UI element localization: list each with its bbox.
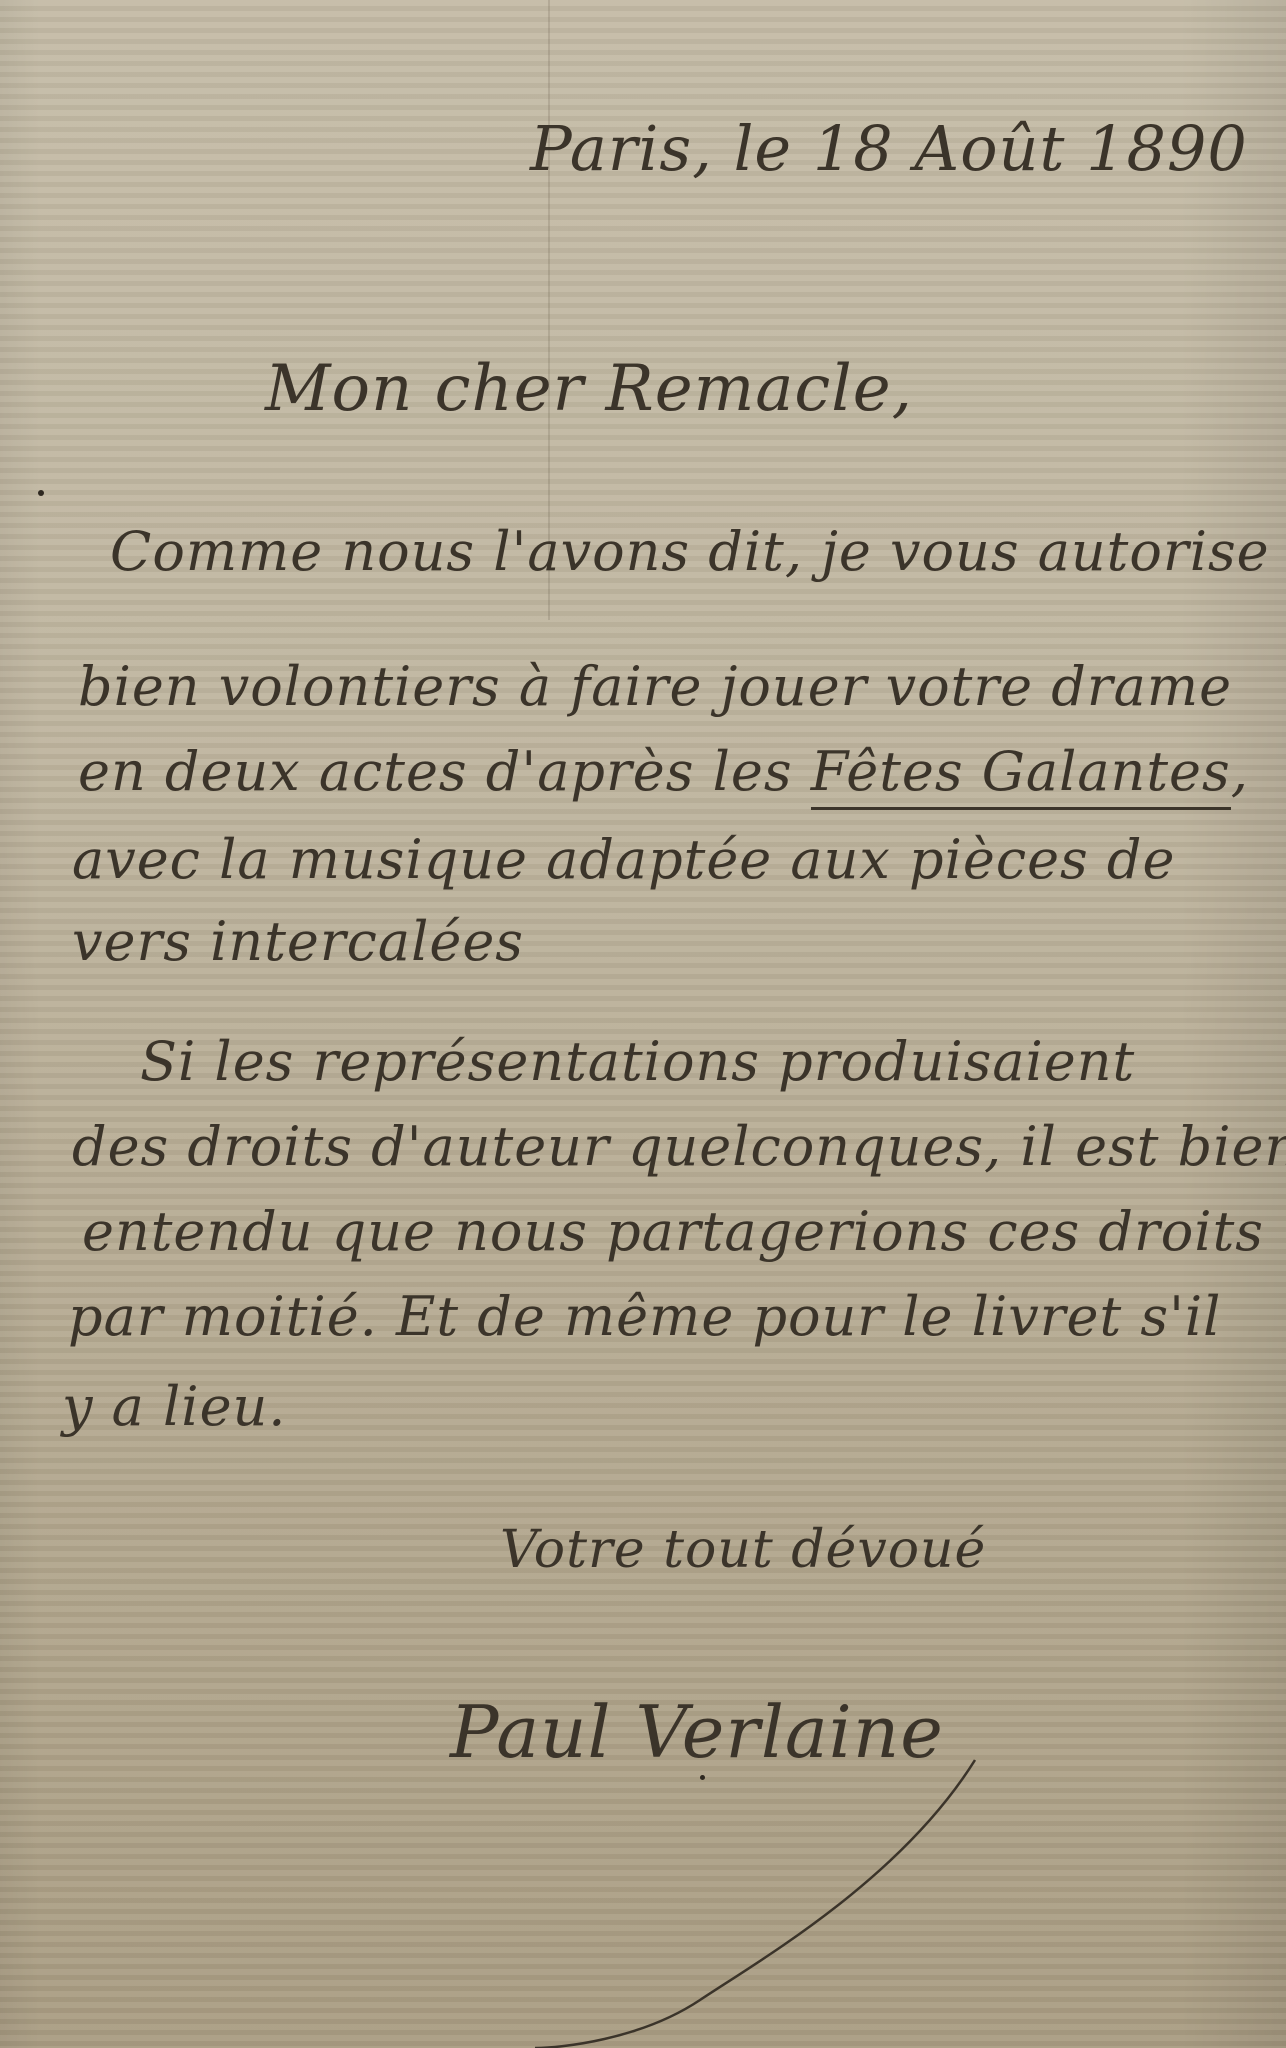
letter-paper: Paris, le 18 Août 1890 Mon cher Remacle,…: [0, 0, 1286, 2048]
ink-spot: [700, 1775, 705, 1780]
ink-spot: [38, 490, 44, 496]
pen-flourish-stroke: [0, 0, 1286, 2048]
